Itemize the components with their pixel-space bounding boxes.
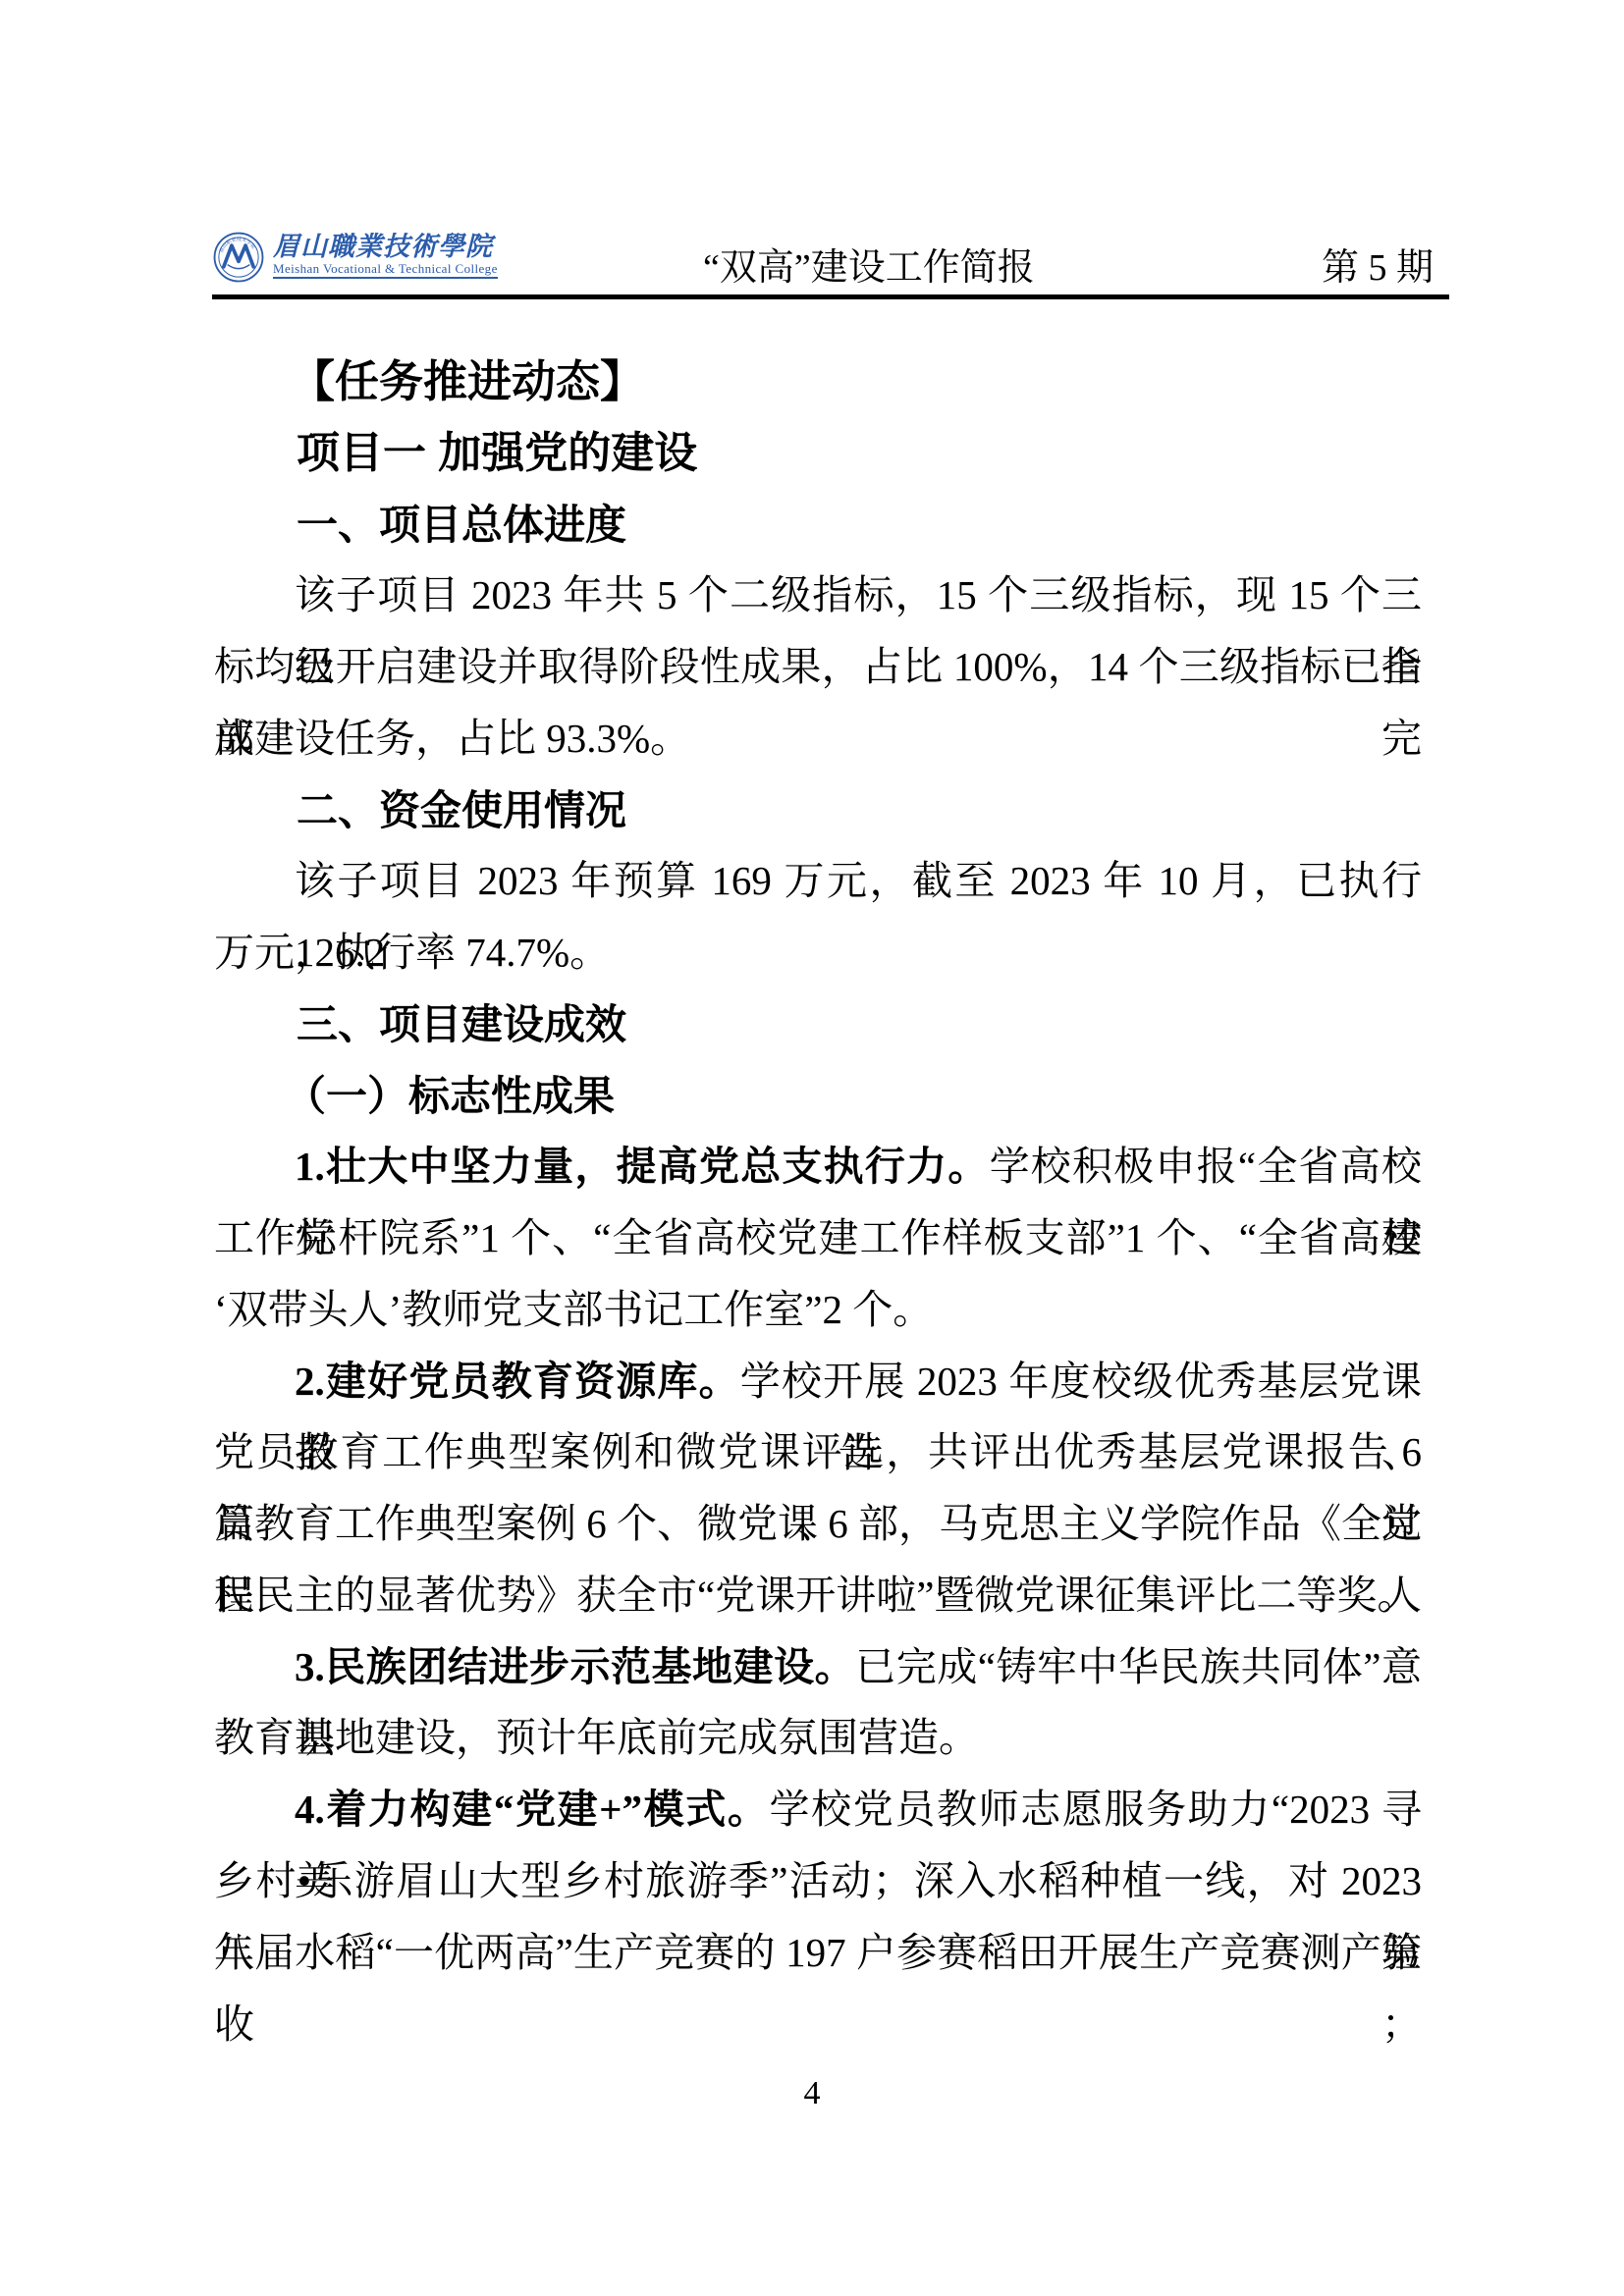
text-line-7: 二、资金使用情况 [214,774,1422,846]
header-rule [212,294,1449,299]
body-text: ‘双带头人’教师党支部书记工作室”2 个。 [214,1287,933,1332]
text-line-1: 【任务推进动态】 [214,346,1422,417]
text-line-10: 三、项目建设成效 [214,988,1422,1060]
text-line-20: 教育基地建设，预计年底前完成氛围营造。 [214,1702,1422,1774]
school-logo-text: 眉山職業技術學院 Meishan Vocational & Technical … [273,232,498,279]
document-page: 眉山职业技术学院 眉山職業技術學院 Meishan Vocational & T… [0,0,1624,2296]
text-line-21: 4.着力构建“党建+”模式。学校党员教师志愿服务助力“2023 寻美 [214,1774,1422,1845]
text-line-12: 1.壮大中坚力量，提高党总支执行力。学校积极申报“全省高校党建 [214,1131,1422,1202]
bold-lead-text: 项目一 加强党的建设 [297,429,697,477]
bold-lead-text: 1.壮大中坚力量，提高党总支执行力。 [295,1144,990,1189]
text-line-3: 一、项目总体进度 [214,489,1422,561]
bold-lead-text: （一）标志性成果 [285,1073,615,1119]
body-text: 工作标杆院系”1 个、“全省高校党建工作样板支部”1 个、“全省高校 [214,1215,1422,1260]
school-name-cn: 眉山職業技術學院 [273,232,498,261]
body-text: 教育基地建设，预计年底前完成氛围营造。 [214,1715,979,1760]
text-line-18: 民民主的显著优势》获全市“党课开讲啦”暨微党课征集评比二等奖。 [214,1560,1422,1631]
text-line-13: 工作标杆院系”1 个、“全省高校党建工作样板支部”1 个、“全省高校 [214,1202,1422,1274]
body-text: 民民主的显著优势》获全市“党课开讲啦”暨微党课征集评比二等奖。 [214,1573,1417,1618]
text-line-2: 项目一 加强党的建设 [214,417,1422,489]
bold-lead-text: 2.建好党员教育资源库。 [295,1359,740,1404]
text-line-22: 乡村•乐游眉山大型乡村旅游季”活动；深入水稻种植一线，对 2023 年第 [214,1845,1422,1917]
body-text: 万元，执行率 74.7%。 [214,930,610,975]
page-number: 4 [0,2069,1624,2118]
text-line-16: 党员教育工作典型案例和微党课评选，共评出优秀基层党课报告 6 篇、党 [214,1416,1422,1488]
bulletin-title: “双高”建设工作简报 [703,247,1035,289]
bold-lead-text: 3.民族团结进步示范基地建设。 [295,1644,855,1689]
text-line-14: ‘双带头人’教师党支部书记工作室”2 个。 [214,1274,1422,1346]
text-line-9: 万元，执行率 74.7%。 [214,917,1422,988]
text-line-15: 2.建好党员教育资源库。学校开展 2023 年度校级优秀基层党课报告、 [214,1346,1422,1417]
text-line-17: 员教育工作典型案例 6 个、微党课 6 部，马克思主义学院作品《全过程人 [214,1488,1422,1560]
text-line-4: 该子项目 2023 年共 5 个二级指标，15 个三级指标，现 15 个三级指 [214,560,1422,631]
text-line-5: 标均已开启建设并取得阶段性成果，占比 100%，14 个三级指标已全部完 [214,631,1422,703]
issue-number: 第 5 期 [1322,247,1434,289]
text-line-11: （一）标志性成果 [214,1060,1422,1132]
school-emblem-icon: 眉山职业技术学院 [213,232,264,283]
school-logo: 眉山职业技术学院 眉山職業技術學院 Meishan Vocational & T… [213,232,498,283]
bold-lead-text: 三、项目建设成效 [297,1001,626,1047]
text-line-19: 3.民族团结进步示范基地建设。已完成“铸牢中华民族共同体”意识 [214,1631,1422,1703]
bold-lead-text: 【任务推进动态】 [291,356,644,406]
bold-lead-text: 二、资金使用情况 [297,787,626,833]
text-line-23: 八届水稻“一优两高”生产竞赛的 197 户参赛稻田开展生产竞赛测产验收； [214,1917,1422,1989]
school-name-en: Meishan Vocational & Technical College [273,261,498,279]
bold-lead-text: 4.着力构建“党建+”模式。 [295,1787,770,1832]
bold-lead-text: 一、项目总体进度 [297,502,626,548]
body-text: 八届水稻“一优两高”生产竞赛的 197 户参赛稻田开展生产竞赛测产验收； [214,1930,1422,2047]
body-text: 成建设任务，占比 93.3%。 [214,716,690,761]
text-line-6: 成建设任务，占比 93.3%。 [214,703,1422,774]
text-line-8: 该子项目 2023 年预算 169 万元，截至 2023 年 10 月，已执行 … [214,845,1422,917]
